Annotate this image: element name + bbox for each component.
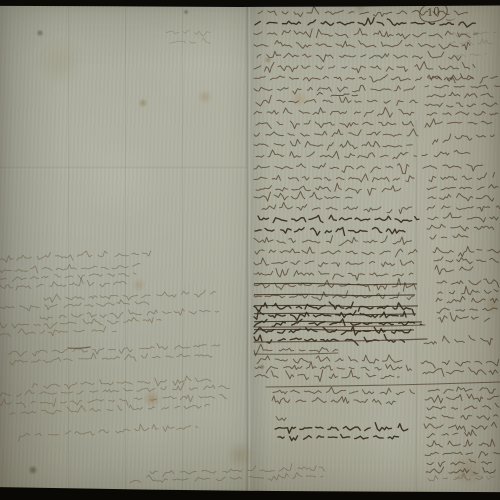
handwriting-line (432, 130, 495, 144)
fold-crease-center (245, 0, 251, 500)
paper-chain-line (182, 0, 183, 500)
handwriting-line (256, 95, 417, 106)
handwriting-line (166, 30, 210, 36)
handwriting-line (426, 467, 495, 474)
handwriting-line (256, 183, 401, 196)
handwriting-line (425, 85, 499, 89)
handwriting-line (257, 50, 461, 62)
handwriting-line (10, 401, 210, 416)
scan-dark-edge-bottom (0, 486, 500, 500)
handwriting-line (8, 341, 220, 357)
handwriting-line (426, 415, 498, 421)
handwriting-line (0, 272, 136, 282)
handwriting-line (434, 256, 499, 264)
handwriting-line (254, 268, 413, 280)
ink-block-right-page-main-column (254, 6, 477, 442)
paper-stain (36, 29, 44, 37)
ink-block-left-page-inverted-text (0, 249, 229, 441)
strikethrough-line (254, 329, 414, 331)
paper-stain (226, 441, 254, 469)
handwriting-line (427, 224, 494, 231)
handwriting-line (423, 164, 483, 171)
handwriting-line (272, 396, 395, 405)
strikethrough-line (254, 294, 415, 296)
handwriting-line (428, 212, 498, 222)
ink-block-top-right-faint-showthrough (450, 32, 497, 57)
handwriting-line (254, 290, 414, 301)
handwriting-line (438, 286, 499, 295)
handwriting-line (40, 307, 219, 321)
handwriting-line (254, 334, 405, 346)
handwriting-line (424, 422, 497, 431)
handwriting-line (254, 344, 338, 356)
ink-rule (254, 339, 427, 342)
handwriting-line (0, 262, 140, 274)
handwriting-line (0, 391, 227, 410)
handwriting-line (450, 39, 496, 45)
handwriting-line (425, 394, 499, 404)
folio-number-text: 10 (426, 6, 441, 19)
handwriting-line (437, 279, 499, 288)
handwriting-line (130, 471, 323, 485)
handwriting-line (255, 227, 412, 236)
paper-chain-line (125, 0, 126, 500)
paper-stain (264, 56, 272, 64)
paper-mottling (0, 0, 500, 500)
handwriting-line (275, 422, 408, 434)
ink-block-right-page-side-column (421, 73, 500, 481)
paper-stain (143, 390, 161, 408)
paper-stain (290, 90, 308, 108)
fold-crease-right (415, 120, 419, 500)
handwriting-line (254, 139, 412, 151)
handwriting-line (273, 387, 415, 395)
handwriting-line (455, 54, 486, 57)
handwriting-line (254, 173, 414, 182)
handwriting-line (0, 381, 229, 397)
ink-block-left-page-faint-showthrough (166, 30, 210, 43)
handwriting-line (262, 202, 418, 214)
handwriting-line (430, 234, 468, 239)
handwriting-line (0, 325, 116, 337)
handwriting-line (428, 193, 494, 202)
handwriting-line (427, 184, 498, 190)
ink-rule (254, 325, 425, 327)
manuscript-scan: 10 (0, 0, 500, 500)
handwriting-line (254, 235, 415, 246)
handwriting-line (427, 205, 500, 212)
paper-stain (197, 89, 213, 105)
strikethrough-line (254, 283, 417, 285)
paper-stain (28, 465, 38, 475)
handwriting-line (424, 333, 493, 348)
paper-stain (132, 278, 146, 292)
handwriting-line (254, 191, 352, 201)
paper-stain (183, 9, 189, 15)
strikethrough-line (254, 305, 418, 307)
handwriting-line (0, 299, 149, 312)
handwriting-line (427, 403, 499, 410)
handwriting-line (254, 318, 422, 327)
paper-texture (0, 0, 500, 500)
handwriting-line (255, 247, 417, 257)
handwriting-line (255, 369, 399, 382)
handwriting-line (254, 85, 415, 95)
handwriting-line (254, 163, 409, 174)
handwriting-line (438, 312, 490, 322)
ink-rule (266, 382, 500, 387)
paper-stain (450, 452, 486, 488)
handwriting-line (423, 367, 498, 376)
handwriting-line (421, 359, 499, 368)
handwriting-line (278, 434, 399, 441)
handwriting-line (425, 451, 500, 458)
handwriting-line (255, 361, 412, 373)
ink-rule (68, 347, 90, 348)
handwriting-line (254, 326, 411, 336)
paper-stain (482, 295, 500, 315)
handwriting-line (422, 150, 470, 157)
handwriting-line (427, 92, 498, 98)
paper-chain-line (68, 0, 69, 500)
handwriting-line (0, 316, 161, 330)
handwriting-line (254, 40, 470, 50)
scan-vignette (0, 0, 500, 500)
handwriting-line (254, 74, 474, 83)
handwriting-line (428, 473, 483, 481)
handwriting-line (425, 118, 492, 127)
fold-crease-horizontal (0, 166, 247, 170)
paper-stain (34, 36, 86, 88)
handwriting-line (254, 258, 414, 267)
handwriting-line (257, 354, 402, 364)
handwriting-line (427, 439, 500, 447)
handwriting-ink (0, 0, 500, 500)
handwriting-line (276, 417, 286, 421)
handwriting-line (254, 61, 475, 74)
handwriting-line (428, 73, 497, 83)
handwriting-line (254, 302, 411, 312)
scan-dark-edge-top (0, 0, 500, 7)
paper-stain (259, 364, 265, 370)
handwriting-line (32, 375, 211, 390)
handwriting-line (44, 289, 216, 303)
handwriting-line (0, 277, 126, 291)
handwriting-line (453, 32, 497, 37)
handwriting-line (433, 246, 500, 257)
handwriting-line (436, 296, 498, 303)
handwriting-line (429, 172, 495, 181)
handwriting-line (437, 308, 497, 314)
strikethrough-line (254, 321, 422, 323)
handwriting-line (150, 463, 325, 477)
handwriting-line (427, 111, 498, 115)
paper-stain (138, 98, 148, 108)
handwriting-line (10, 349, 218, 366)
handwriting-line (254, 28, 477, 40)
handwriting-line (254, 278, 416, 292)
handwriting-line (317, 92, 358, 96)
handwriting-line (258, 215, 419, 224)
handwriting-line (18, 421, 198, 441)
handwriting-line (427, 459, 497, 467)
handwriting-line (427, 430, 483, 438)
ink-rule (254, 353, 338, 354)
handwriting-line (254, 107, 414, 118)
handwriting-line (428, 387, 496, 394)
strikethrough-line (254, 313, 416, 315)
handwriting-line (455, 473, 495, 481)
ink-block-bottom-crossfold-inverted-text (130, 463, 495, 484)
handwriting-line (256, 150, 417, 160)
handwriting-line (254, 309, 414, 321)
handwriting-line (254, 128, 418, 137)
handwriting-line (425, 102, 497, 107)
handwriting-line (0, 249, 151, 263)
handwriting-line (435, 265, 473, 275)
handwriting-line (256, 120, 413, 129)
handwriting-line (170, 38, 210, 44)
